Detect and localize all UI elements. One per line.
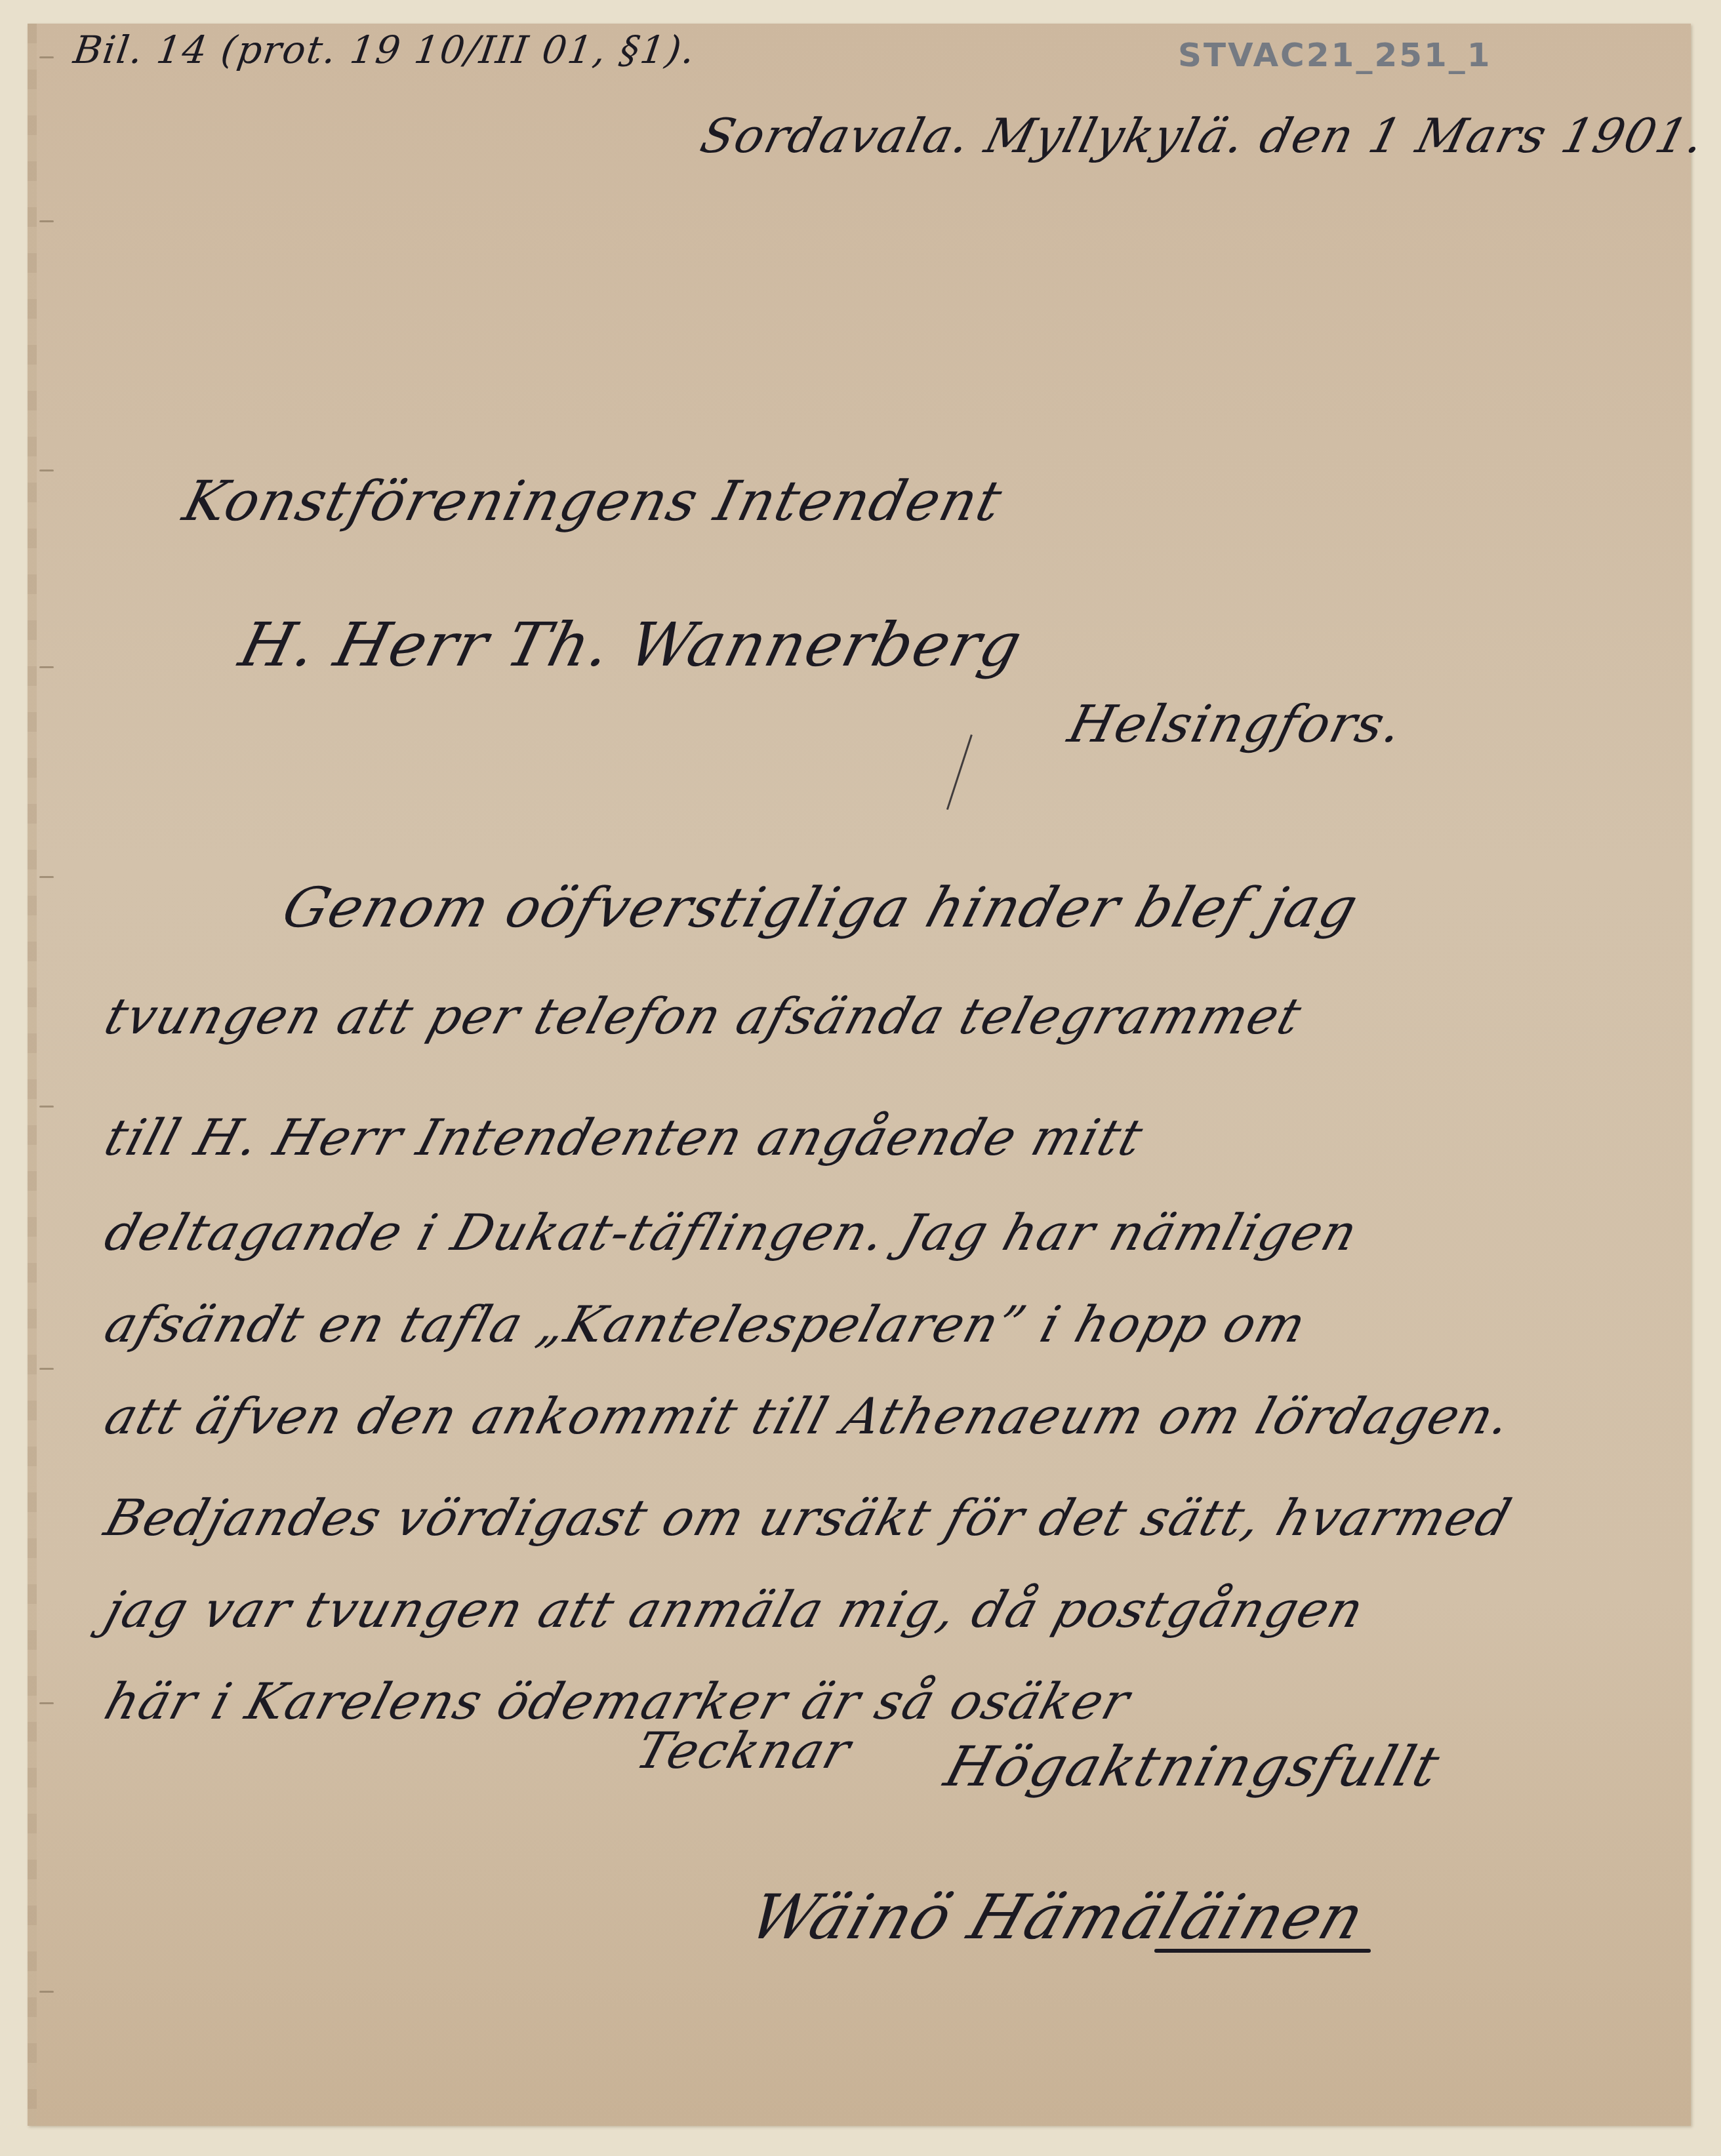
binding-hole	[39, 876, 54, 878]
body-line: Bedjandes vördigast om ursäkt för det sä…	[98, 1488, 1518, 1547]
body-line: tvungen att per telefon afsända telegram…	[98, 987, 1309, 1045]
signature: Wäinö Hämäläinen	[741, 1882, 1374, 1953]
binding-hole	[39, 469, 54, 471]
body-line: Genom oöfverstigliga hinder blef jag	[275, 875, 1366, 940]
binding-hole	[39, 1991, 54, 1993]
closing-word: Tecknar	[630, 1721, 859, 1780]
binding-hole	[39, 666, 54, 668]
addressee-name: H. Herr Th. Wannerberg	[233, 610, 1030, 680]
binding-hole	[39, 1702, 54, 1704]
archive-note: Bil. 14 (prot. 19 10/III 01, §1).	[71, 28, 699, 72]
body-line: till H. Herr Intendenten angående mitt	[98, 1108, 1150, 1167]
signature-underline-flourish	[1154, 1949, 1371, 1953]
letter-paper	[28, 24, 1691, 2126]
body-line: deltagande i Dukat-täflingen. Jag har nä…	[98, 1203, 1365, 1262]
binding-hole	[39, 1106, 54, 1108]
body-line: afsändt en tafla „Kantelespelaren” i hop…	[98, 1295, 1314, 1353]
binding-hole	[39, 220, 54, 222]
dateline: Sordavala. Myllykylä. den 1 Mars 1901.	[695, 108, 1711, 163]
body-line: jag var tvungen att anmäla mig, då postg…	[98, 1580, 1371, 1639]
body-line: att äfven den ankommit till Athenaeum om…	[98, 1387, 1519, 1445]
body-line: här i Karelens ödemarker är så osäker	[98, 1672, 1137, 1730]
addressee-city: Helsingfors.	[1063, 695, 1409, 754]
binding-hole	[39, 1368, 54, 1370]
addressee-title: Konstföreningens Intendent	[177, 469, 1009, 533]
torn-binding-edge	[28, 24, 37, 2126]
archive-stamp: STVAC21_251_1	[1178, 36, 1492, 74]
closing-salutation: Högaktningsfullt	[938, 1734, 1448, 1799]
binding-hole	[39, 56, 54, 58]
